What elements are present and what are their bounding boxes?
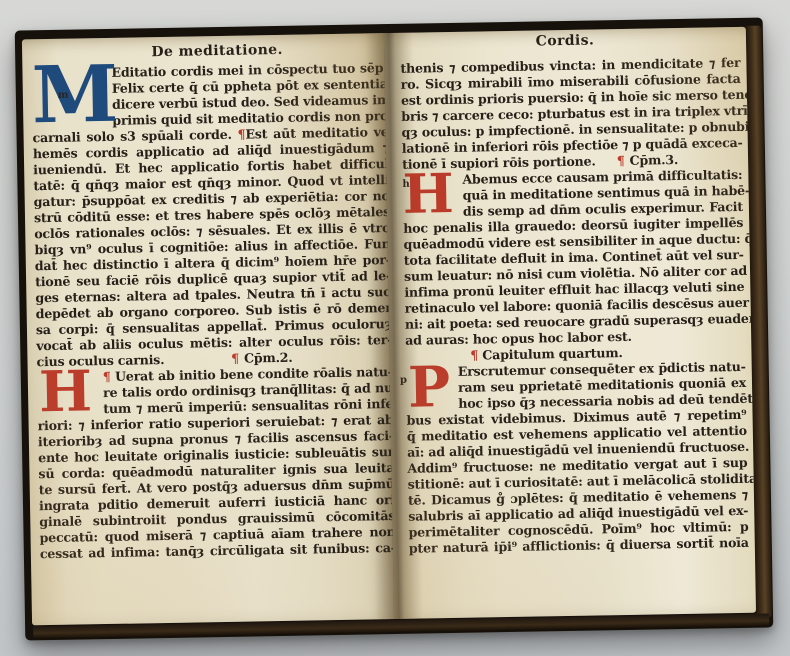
- right-page: Cordis. thenis ⁊ compedibus vincta: in m…: [384, 27, 756, 619]
- spacer: [164, 351, 231, 368]
- left-text-column: M m Editatio cordis mei in cōspectu tuo …: [31, 60, 394, 562]
- chapter-label: Capitulum quartum.: [482, 345, 622, 362]
- running-header-right: Cordis.: [384, 29, 756, 52]
- spacer: [678, 151, 742, 168]
- paragraph-p: P p Erscrutemur consequēter ex p̄dictis …: [406, 359, 747, 413]
- book: De meditatione. M m Editatio cordis mei …: [15, 18, 774, 641]
- running-header-left: De meditatione.: [22, 40, 394, 63]
- guide-letter-m: m: [58, 90, 69, 101]
- paragraph-h: H h Abemus ecce causam primā difficultat…: [402, 167, 743, 221]
- paragraph-1: M m Editatio cordis mei in cōspectu tuo …: [31, 60, 388, 130]
- spacer: [292, 348, 392, 366]
- book-opening: De meditatione. M m Editatio cordis mei …: [22, 27, 756, 626]
- chapter-label: Cp̄m.3.: [629, 152, 678, 169]
- left-page: De meditatione. M m Editatio cordis mei …: [22, 33, 394, 625]
- guide-letter-p: p: [400, 375, 407, 386]
- capitulum-mark-icon: ¶: [103, 369, 111, 384]
- spacer: [595, 153, 616, 169]
- guide-letter-h: h: [402, 179, 409, 190]
- capitulum-mark-icon: ¶: [231, 351, 239, 367]
- right-text-column: thenis ⁊ compedibus vincta: in mendicita…: [400, 55, 749, 557]
- capitulum-mark-icon: ¶: [470, 348, 478, 363]
- text-segment: Est aūt meditatio ve: [245, 124, 388, 141]
- paragraph-2: H ¶ Uerat ab initio bene condite rōalis …: [37, 364, 394, 418]
- chapter-label: Cp̄m.2.: [244, 350, 293, 367]
- capitulum-mark-icon: ¶: [617, 153, 625, 169]
- photo-background: De meditatione. M m Editatio cordis mei …: [0, 0, 790, 656]
